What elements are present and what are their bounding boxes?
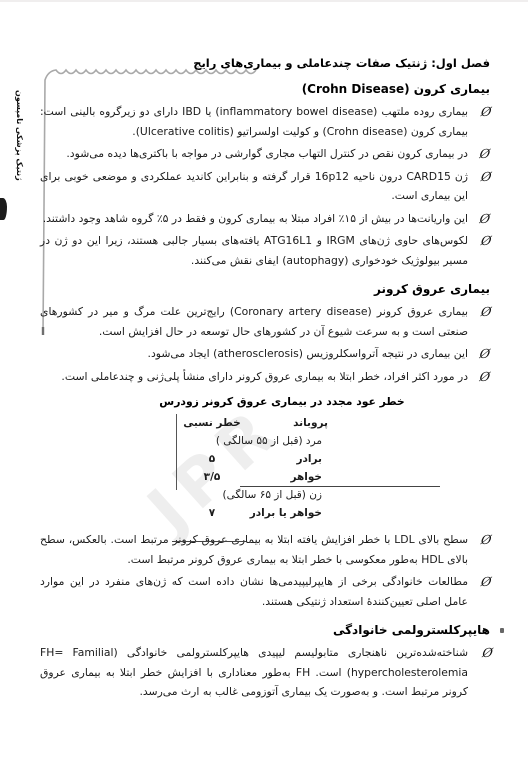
table-rule-short — [172, 541, 246, 542]
bullet-text: در مورد اکثر افراد، خطر ابتلا به بیماری … — [40, 367, 468, 387]
row-label: زن (قبل از ۶۵ سالگی) — [223, 486, 441, 504]
column-header-relative-risk: خطر نسبی — [176, 414, 248, 432]
pen-bullet-icon: Ø — [472, 209, 492, 229]
bullet-text: این واریانت‌ها در بیش از ۱۵٪ افراد مبتلا… — [40, 209, 468, 229]
bullet-text: بیماری عروق کرونر (Coronary artery disea… — [40, 302, 468, 341]
row-label: خواهر — [248, 468, 440, 486]
row-value: ۵ — [176, 450, 248, 468]
bullet-item: Ø بیماری روده ملتهب (inflammatory bowel … — [40, 102, 490, 141]
bullet-text: لکوس‌های حاوی ژن‌های IRGM و ATG16L1 یافت… — [40, 231, 468, 270]
scan-smudge — [0, 198, 7, 220]
bullet-item: Ø مطالعات خانوادگی برخی از هایپرلیپیدمی‌… — [40, 572, 490, 611]
bullet-text: مطالعات خانوادگی برخی از هایپرلیپیدمی‌ها… — [40, 572, 468, 611]
section-title-fh: هایپرکلسترولمی خانوادگی — [40, 623, 490, 637]
book-spine-label: ژنتیک پزشکی تامپسون — [15, 90, 24, 181]
pen-bullet-icon: Ø — [470, 572, 492, 611]
row-value: ۷ — [176, 504, 248, 522]
bullet-text: ژن CARD15 درون ناحیه 16p12 قرار گرفته و … — [40, 167, 468, 206]
row-label: خواهر یا برادر — [248, 504, 440, 522]
table-column-divider — [176, 414, 177, 490]
pen-bullet-icon: Ø — [469, 643, 494, 702]
table-row: خواهر یا برادر ۷ — [176, 504, 440, 522]
row-label: مرد (قبل از ۵۵ سالگی ) — [216, 432, 440, 450]
bullet-text: بیماری روده ملتهب (inflammatory bowel di… — [40, 102, 468, 141]
pen-bullet-icon: Ø — [472, 344, 492, 364]
bullet-item: Ø سطح بالای LDL با خطر افزایش یافته ابتل… — [40, 530, 490, 569]
bullet-text: شناخته‌شده‌ترین ناهنجاری متابولیسم لیپید… — [40, 643, 468, 702]
table-row: برادر ۵ — [176, 450, 440, 468]
scanned-book-page: ژنتیک پزشکی تامپسون JPR فصل اول: ژنتیک ص… — [0, 0, 528, 770]
bullet-item: Ø ژن CARD15 درون ناحیه 16p12 قرار گرفته … — [40, 167, 490, 206]
section-title-cad: بیماری عروق کرونر — [40, 282, 490, 296]
pen-bullet-icon: Ø — [470, 530, 492, 569]
bullet-item: Ø در مورد اکثر افراد، خطر ابتلا به بیمار… — [40, 367, 490, 387]
bullet-item: Ø شناخته‌شده‌ترین ناهنجاری متابولیسم لیپ… — [40, 643, 490, 702]
pen-bullet-icon: Ø — [470, 231, 492, 270]
row-value: ۳/۵ — [176, 468, 248, 486]
bullet-text: این بیماری در نتیجه آترواسکلروزیس (ather… — [40, 344, 468, 364]
chapter-header: فصل اول: ژنتیک صفات چندعاملی و بیماری‌ها… — [40, 56, 490, 70]
scan-speck — [500, 628, 504, 633]
column-header-proband: پروباند — [248, 414, 440, 432]
bullet-item: Ø این بیماری در نتیجه آترواسکلروزیس (ath… — [40, 344, 490, 364]
page-content: فصل اول: ژنتیک صفات چندعاملی و بیماری‌ها… — [40, 56, 490, 705]
row-label: برادر — [248, 450, 440, 468]
pen-bullet-icon: Ø — [470, 102, 492, 141]
bullet-item: Ø لکوس‌های حاوی ژن‌های IRGM و ATG16L1 یا… — [40, 231, 490, 270]
section-title-crohn: بیماری کرون (Crohn Disease) — [40, 82, 490, 96]
recurrence-risk-table: خطر عود مجدد در بیماری عروق کرونر زودرس … — [176, 392, 440, 522]
table-title: خطر عود مجدد در بیماری عروق کرونر زودرس — [150, 392, 414, 414]
pen-bullet-icon: Ø — [472, 367, 492, 387]
table-rule-long — [240, 486, 440, 487]
bullet-text: سطح بالای LDL با خطر افزایش یافته ابتلا … — [40, 530, 468, 569]
pen-bullet-icon: Ø — [470, 167, 492, 206]
pen-bullet-icon: Ø — [472, 144, 492, 164]
bullet-item: Ø بیماری عروق کرونر (Coronary artery dis… — [40, 302, 490, 341]
pen-bullet-icon: Ø — [470, 302, 492, 341]
bullet-text: در بیماری کرون نقص در کنترل التهاب مجاری… — [40, 144, 468, 164]
table-row: زن (قبل از ۶۵ سالگی) — [176, 486, 440, 504]
bullet-item: Ø در بیماری کرون نقص در کنترل التهاب مجا… — [40, 144, 490, 164]
table-header-row: پروباند خطر نسبی — [176, 414, 440, 432]
table-row: مرد (قبل از ۵۵ سالگی ) — [176, 432, 440, 450]
table-row: خواهر ۳/۵ — [176, 468, 440, 486]
bullet-item: Ø این واریانت‌ها در بیش از ۱۵٪ افراد مبت… — [40, 209, 490, 229]
